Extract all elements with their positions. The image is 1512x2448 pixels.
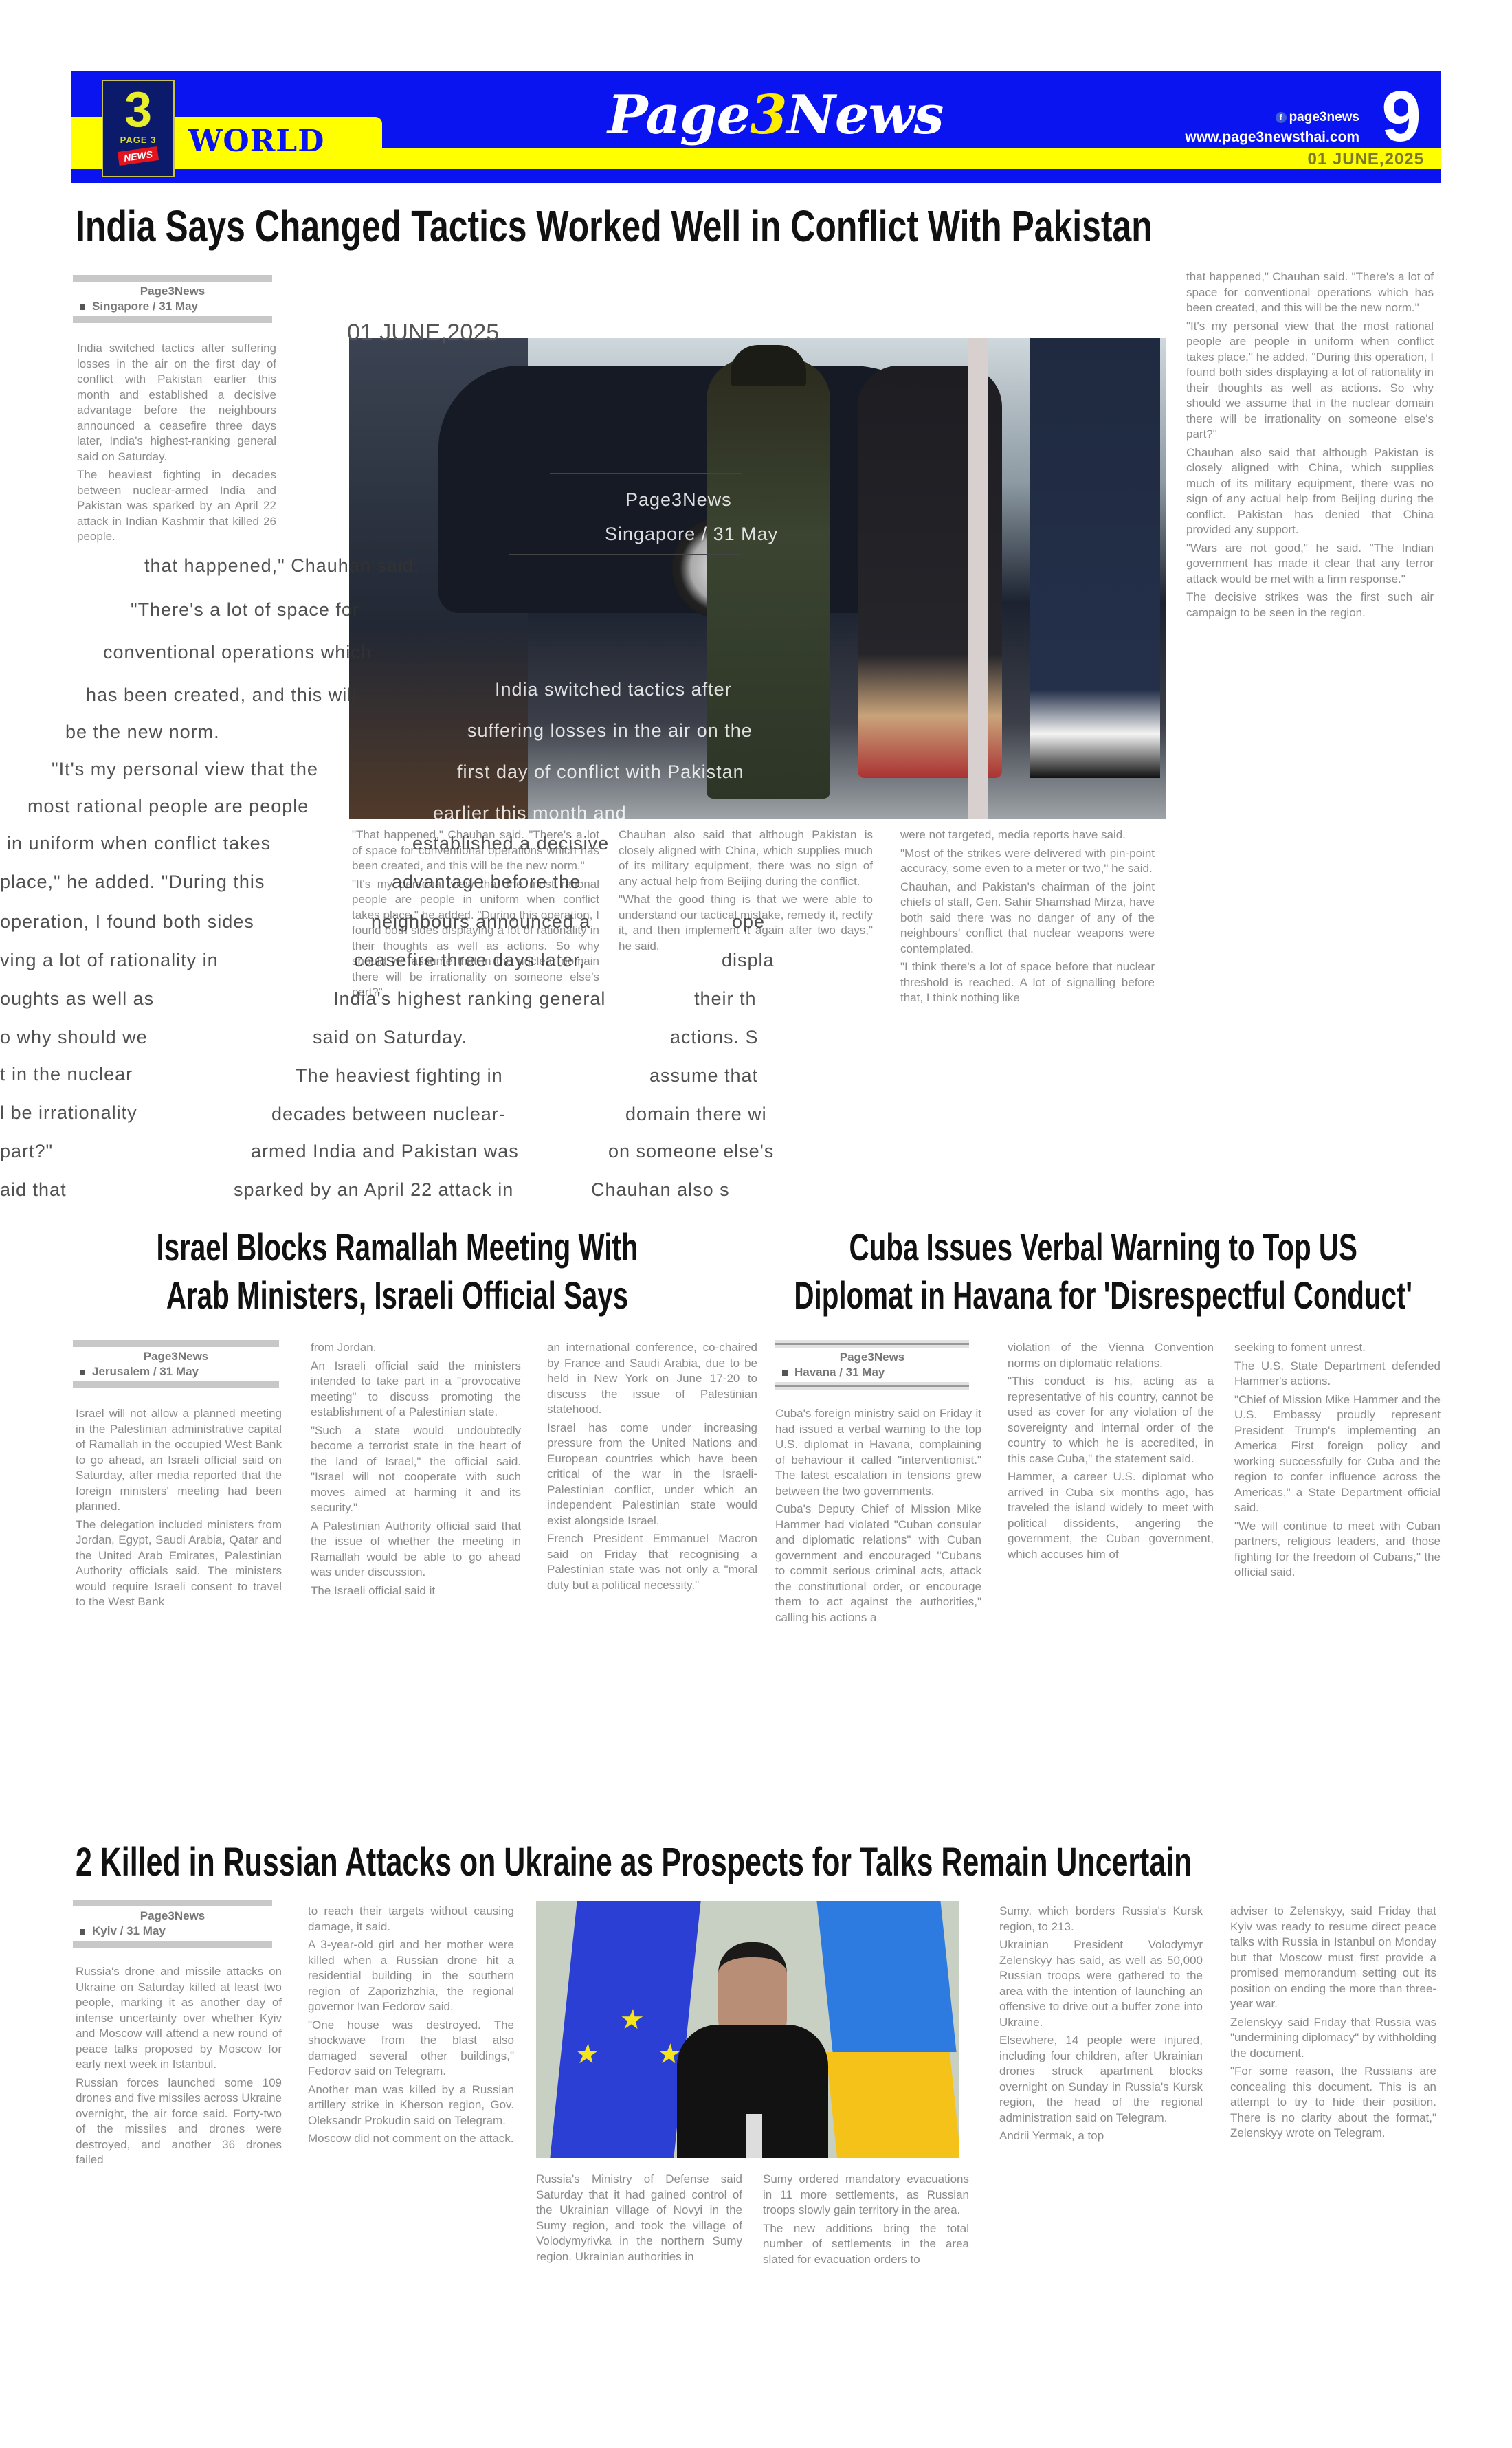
article-column: that happened," Chauhan said. "There's a… [1186,269,1434,1212]
article-dateline: Page3News Kyiv / 31 May [73,1897,272,1950]
ghost-text: o why should we [0,1027,148,1048]
ghost-text: be the new norm. [65,722,220,743]
dateline-source: Page3News [73,1909,272,1923]
paragraph: Chauhan also said that although Pakistan… [1186,445,1434,538]
dateline-place: Kyiv / 31 May [73,1924,272,1938]
brand-prefix: Page [608,84,750,146]
article-headline-israel[interactable]: Israel Blocks Ramallah Meeting With Arab… [76,1223,719,1320]
dateline-place-text: Kyiv / 31 May [92,1924,166,1937]
article-column: Cuba's foreign ministry said on Friday i… [775,1406,981,1798]
dateline-source: Page3News [775,1350,969,1364]
headline-line: Cuba Issues Verbal Warning to Top US [777,1223,1430,1271]
paragraph: "Chief of Mission Mike Hammer and the U.… [1234,1392,1441,1516]
dateline-rule [73,1941,272,1948]
paragraph: were not targeted, media reports have sa… [900,827,1155,843]
photo-person [677,1942,828,2158]
social-links: fpage3news www.page3newsthai.com [1185,110,1359,146]
dateline-source: Page3News [73,285,272,298]
paragraph: Elsewhere, 14 people were injured, inclu… [999,2033,1203,2126]
ghost-text: India's highest ranking general [333,988,605,1010]
brand-wordmark[interactable]: Page3News [608,84,944,146]
headline-line: Arab Ministers, Israeli Official Says [76,1271,719,1320]
article-dateline: Page3News Havana / 31 May [775,1337,969,1392]
issue-date: 01 JUNE,2025 [1308,150,1424,169]
paragraph: Ukrainian President Volodymyr Zelenskyy … [999,1937,1203,2030]
paragraph: The delegation included ministers from J… [76,1517,282,1610]
dateline-rule [73,316,272,323]
paragraph: An Israeli official said the ministers i… [311,1359,521,1421]
ghost-text: advantage before the [392,871,581,893]
photo-overlay-date: 01 JUNE,2025 [347,320,499,346]
logo-label: PAGE 3 [103,135,173,145]
logo-news-badge: NEWS [118,146,159,166]
article-column: Israel will not allow a planned meeting … [76,1406,282,1798]
masthead: 3 PAGE 3 NEWS WORLD Page3News fpage3news… [71,71,1441,183]
paragraph: A 3-year-old girl and her mother were ki… [308,1937,514,2015]
paragraph: "One house was destroyed. The shockwave … [308,2018,514,2080]
ghost-text: ving a lot of rationality in [0,950,219,971]
article-column: from Jordan. An Israeli official said th… [311,1340,521,1798]
ghost-text: that happened," Chauhan said. [144,555,419,577]
dateline-rule [73,1381,279,1388]
dateline-place: Jerusalem / 31 May [73,1365,279,1379]
facebook-handle: page3news [1289,110,1359,124]
paragraph: Cuba's foreign ministry said on Friday i… [775,1406,981,1499]
ghost-text: Page3News [625,489,732,511]
dateline-rule [775,1382,969,1390]
ghost-text: earlier this month and [433,803,627,824]
headline-line: Israel Blocks Ramallah Meeting With [76,1223,719,1271]
ghost-rule [550,473,742,474]
paragraph: Sumy, which borders Russia's Kursk regio… [999,1904,1203,1935]
article-column: Sumy, which borders Russia's Kursk regio… [999,1904,1203,2390]
dateline-place-text: Singapore / 31 May [92,300,198,313]
ghost-text: decades between nuclear- [271,1104,506,1125]
article-photo-zelenskyy[interactable]: ★ ★ ★ [536,1901,959,2158]
logo-numeral: 3 [103,85,173,135]
ghost-text: Chauhan also s [591,1179,730,1201]
ghost-text: on someone else's [608,1141,774,1162]
paragraph: Zelenskyy said Friday that Russia was "u… [1230,2015,1436,2062]
dateline-place: Havana / 31 May [775,1366,969,1379]
brand-suffix: News [787,84,944,146]
ghost-text: The heaviest fighting in [296,1065,503,1087]
paragraph: The U.S. State Department defended Hamme… [1234,1359,1441,1390]
paragraph: "It's my personal view that the most rat… [352,877,599,1001]
paragraph: The decisive strikes was the first such … [1186,590,1434,621]
bullet-icon [80,304,85,310]
paragraph: to reach their targets without causing d… [308,1904,514,1935]
dateline-source: Page3News [73,1350,279,1364]
bullet-icon [80,1929,85,1935]
paragraph: Cuba's Deputy Chief of Mission Mike Hamm… [775,1502,981,1625]
ghost-text: oughts as well as [0,988,154,1010]
article-column: an international conference, co-chaired … [547,1340,757,1798]
ghost-text: t in the nuclear [0,1064,133,1085]
dateline-place: Singapore / 31 May [73,300,272,313]
star-icon: ★ [618,2004,646,2036]
ukraine-flag-blue [816,1901,956,2052]
ghost-text: assume that [649,1065,758,1087]
ghost-text: aid that [0,1179,67,1201]
ghost-text: l be irrationality [0,1102,137,1124]
photo-officer-cap [731,345,806,386]
ghost-rule [509,554,742,555]
article-headline-india[interactable]: India Says Changed Tactics Worked Well i… [76,201,1437,252]
ghost-text: suffering losses in the air on the [467,720,753,742]
paragraph: Sumy ordered mandatory evacuations in 11… [763,2172,969,2218]
paragraph: "I think there's a lot of space before t… [900,959,1155,1006]
ghost-text: has been created, and this will [86,685,357,706]
article-column: seeking to foment unrest. The U.S. State… [1234,1340,1441,1798]
paragraph: "Most of the strikes were delivered with… [900,846,1155,877]
paragraph: The heaviest fighting in decades between… [77,467,276,545]
facebook-icon: f [1276,112,1287,123]
ghost-text: ceasefire three days later, [354,950,585,971]
paragraph: Russia's Ministry of Defense said Saturd… [536,2172,742,2265]
dateline-rule [775,1340,969,1348]
bullet-icon [80,1370,85,1375]
dateline-place-text: Havana / 31 May [794,1366,885,1379]
ghost-text: neighbours announced a [371,911,590,933]
paragraph: "Such a state would undoubtedly become a… [311,1423,521,1516]
dateline-place-text: Jerusalem / 31 May [92,1365,199,1378]
photo-guard [1030,338,1160,778]
paragraph: an international conference, co-chaired … [547,1340,757,1418]
paragraph: Andrii Yermak, a top [999,2128,1203,2144]
article-column: adviser to Zelenskyy, said Friday that K… [1230,1904,1436,2390]
ghost-text: armed India and Pakistan was [251,1141,519,1162]
paragraph: French President Emmanuel Macron said on… [547,1531,757,1593]
paragraph: "We will continue to meet with Cuban par… [1234,1519,1441,1581]
paragraph: A Palestinian Authority official said th… [311,1519,521,1581]
article-headline-cuba[interactable]: Cuba Issues Verbal Warning to Top US Dip… [777,1223,1430,1320]
website-link[interactable]: www.page3newsthai.com [1185,129,1359,146]
headline-line: Diplomat in Havana for 'Disrespectful Co… [777,1271,1430,1320]
paragraph: "Wars are not good," he said. "The India… [1186,541,1434,588]
article-column: violation of the Vienna Convention norms… [1008,1340,1214,1798]
ghost-text: their th [694,988,757,1010]
ghost-text: sparked by an April 22 attack in [234,1179,513,1201]
paragraph: Hammer, a career U.S. diplomat who arriv… [1008,1469,1214,1562]
paragraph: Russian forces launched some 109 drones … [76,2076,282,2168]
ghost-text: "There's a lot of space for [131,599,359,621]
paragraph: Israel has come under increasing pressur… [547,1421,757,1529]
paragraph: that happened," Chauhan said. "There's a… [1186,269,1434,316]
article-column: to reach their targets without causing d… [308,1904,514,2390]
paragraph: Moscow did not comment on the attack. [308,2131,514,2147]
masthead-date-bar [148,148,1441,169]
ghost-text: actions. S [670,1027,759,1048]
dateline-rule [73,1340,279,1347]
paragraph: Chauhan, and Pakistan's chairman of the … [900,880,1155,957]
paragraph: Another man was killed by a Russian arti… [308,2082,514,2129]
article-column: Russia's Ministry of Defense said Saturd… [536,2172,742,2390]
ghost-text: established a decisive [412,833,609,854]
ghost-text: Singapore / 31 May [605,524,778,545]
paragraph: The new additions bring the total number… [763,2221,969,2268]
facebook-link[interactable]: fpage3news [1185,110,1359,125]
photo-pole [968,338,988,819]
ghost-text: first day of conflict with Pakistan [457,761,744,783]
ghost-text: ope [732,911,765,933]
article-headline-ukraine[interactable]: 2 Killed in Russian Attacks on Ukraine a… [76,1839,1438,1885]
section-label: WORLD [188,124,324,159]
ghost-text: part?" [0,1141,53,1162]
bullet-icon [782,1370,788,1376]
ghost-text: India switched tactics after [495,679,732,700]
article-column: were not targeted, media reports have sa… [900,827,1155,1212]
paragraph: The Israeli official said it [311,1583,521,1599]
page-number: 9 [1381,81,1421,153]
article-column: Sumy ordered mandatory evacuations in 11… [763,2172,969,2390]
ghost-text: conventional operations which [103,642,372,663]
paragraph: seeking to foment unrest. [1234,1340,1441,1356]
ghost-text: place," he added. "During this [0,871,265,893]
paragraph: Russia's drone and missile attacks on Uk… [76,1964,282,2073]
paragraph: "For some reason, the Russians are conce… [1230,2064,1436,2141]
photo-microphone [746,2114,762,2158]
ukraine-flag-yellow [826,2052,959,2158]
dateline-rule [73,275,272,282]
brand-numeral: 3 [750,84,786,146]
paragraph: Israel will not allow a planned meeting … [76,1406,282,1515]
article-column: Russia's drone and missile attacks on Uk… [76,1964,282,2390]
ghost-text: most rational people are people [27,796,309,817]
ghost-text: operation, I found both sides [0,911,254,933]
page3-logo[interactable]: 3 PAGE 3 NEWS [102,80,175,177]
ghost-text: domain there wi [625,1104,767,1125]
article-dateline: Page3News Jerusalem / 31 May [73,1337,279,1391]
paragraph: Chauhan also said that although Pakistan… [619,827,873,889]
paragraph: violation of the Vienna Convention norms… [1008,1340,1214,1371]
paragraph: "It's my personal view that the most rat… [1186,319,1434,443]
ghost-text: said on Saturday. [313,1027,467,1048]
ghost-text: in uniform when conflict takes [7,833,271,854]
paragraph: India switched tactics after suffering l… [77,341,276,465]
paragraph: from Jordan. [311,1340,521,1356]
article-photo-army-chief[interactable] [349,338,1166,819]
ghost-text: "It's my personal view that the [52,759,318,780]
star-icon: ★ [573,2038,601,2070]
ghost-text: displa [722,950,775,971]
masthead-bottom-rule [71,169,1441,183]
article-dateline: Page3News Singapore / 31 May [73,272,272,326]
paragraph: "This conduct is his, acting as a repres… [1008,1374,1214,1467]
paragraph: adviser to Zelenskyy, said Friday that K… [1230,1904,1436,2012]
dateline-rule [73,1900,272,1906]
